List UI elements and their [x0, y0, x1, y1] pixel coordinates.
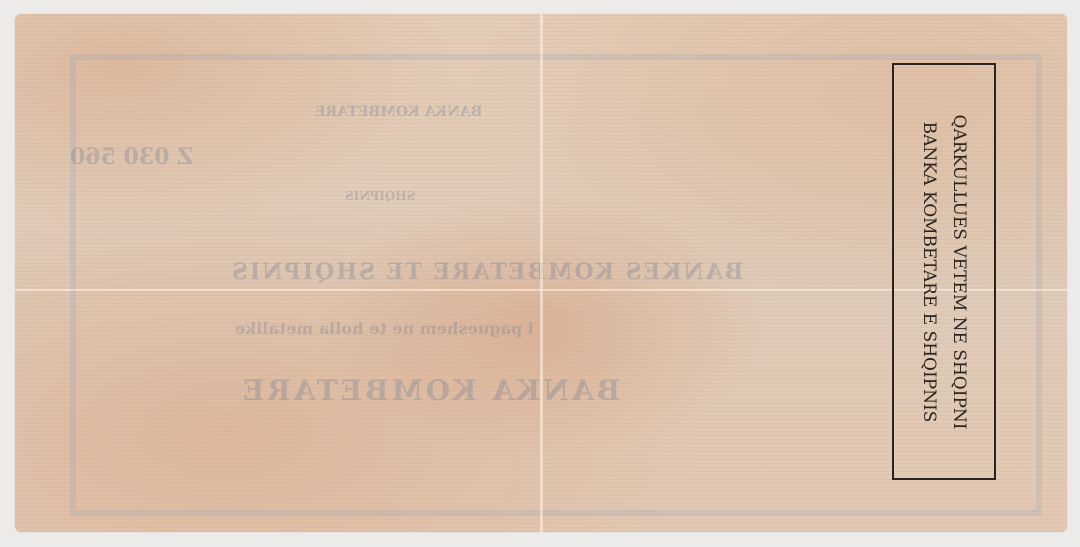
- ghost-serial-number: Z 030 560: [70, 144, 193, 170]
- ghost-large-title: BANKA KOMBETARE: [240, 374, 620, 407]
- vertical-fold-crease: [540, 14, 543, 532]
- stamp-line-bank: BANKA KOMBETARE E SHQIPNIS: [914, 72, 944, 472]
- stamp-line-circulation: QARKULLUES VETEM NE SHQIPNI: [944, 72, 974, 472]
- overprint-stamp-box: QARKULLUES VETEM NE SHQIPNI BANKA KOMBET…: [892, 63, 996, 480]
- ghost-bank-name: BANKES KOMBETARE TE SHQIPNIS: [230, 259, 743, 285]
- ghost-sub-text: SHQIPNIS: [345, 189, 415, 203]
- ghost-payable-text: i pagueshem ne te holla metalike: [235, 319, 534, 338]
- ghost-header-text: BANKA KOMBETARE: [315, 104, 483, 120]
- overprint-stamp-text: QARKULLUES VETEM NE SHQIPNI BANKA KOMBET…: [914, 72, 974, 472]
